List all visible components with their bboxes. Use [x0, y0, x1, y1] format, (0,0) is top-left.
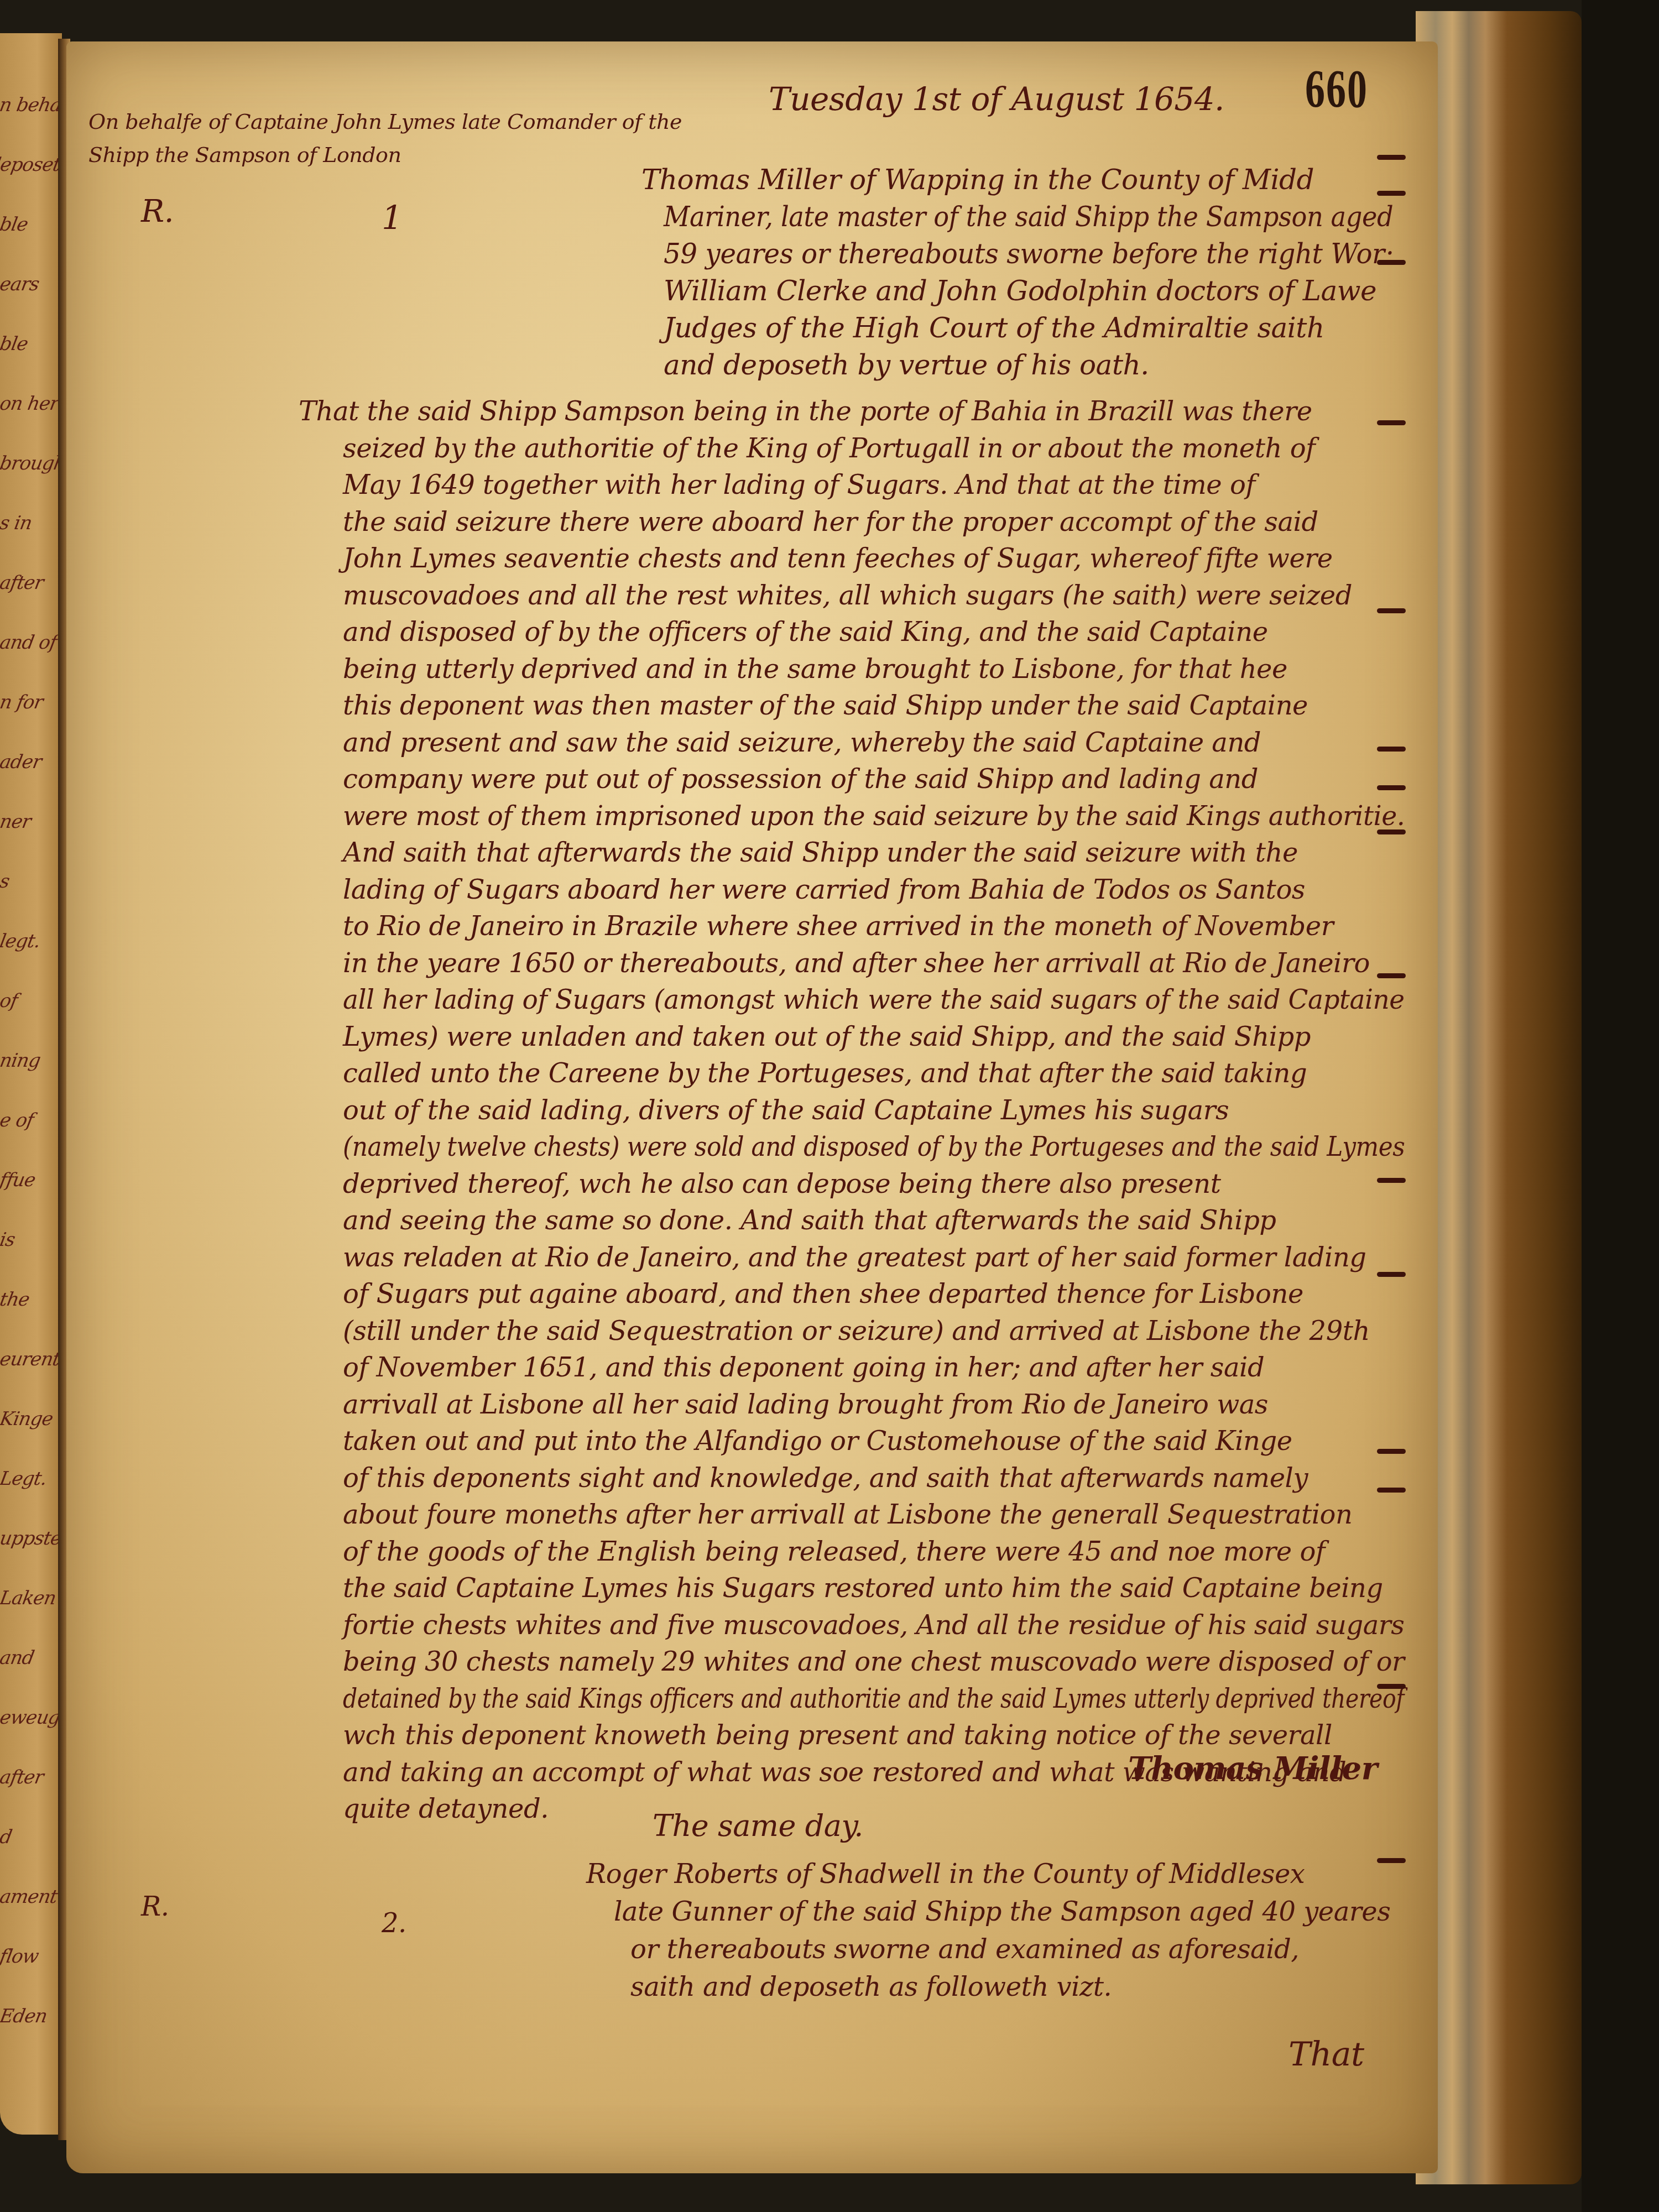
deposition-line: quite detayned. [343, 1796, 549, 1822]
deposition-line: about foure moneths after her arrivall a… [343, 1501, 1352, 1528]
deposition-line: all her lading of Sugars (amongst which … [343, 987, 1405, 1013]
left-page-text-fragment: ears [0, 273, 62, 295]
margin-mark-2: 2. [382, 1908, 406, 1939]
left-page-text-fragment: and [0, 1647, 62, 1669]
deposition-line: were most of them imprisoned upon the sa… [343, 803, 1405, 830]
deposition-line: That the said Shipp Sampson being in the… [299, 398, 1312, 425]
deposition-line: and disposed of by the officers of the s… [343, 619, 1268, 645]
line-end-dash [1377, 1488, 1406, 1493]
left-page-text-fragment: the [0, 1288, 62, 1311]
deposition-line: May 1649 together with her lading of Sug… [343, 472, 1255, 498]
signature-thomas-miller: Thomas Miller [1128, 1750, 1378, 1787]
line-end-dash [1377, 1178, 1406, 1183]
line-end-dash [1377, 1272, 1406, 1277]
deposition-line: lading of Sugars aboard her were carried… [343, 877, 1305, 903]
left-page-text-fragment: on behalfe [0, 94, 58, 116]
deposition-line: fortie chests whites and five muscovadoe… [343, 1612, 1404, 1639]
line-end-dash [1377, 747, 1406, 752]
deposition-line: called unto the Careene by the Portugese… [343, 1060, 1307, 1087]
deposition-line: of November 1651, and this deponent goin… [343, 1354, 1264, 1381]
left-page-text-fragment: ble [0, 213, 62, 236]
margin-mark-1: 1 [382, 199, 403, 238]
intro-line: Mariner, late master of the said Shipp t… [664, 203, 1393, 231]
deposition-line: of Sugars put againe aboard, and then sh… [343, 1281, 1303, 1307]
intro-line: Thomas Miller of Wapping in the County o… [641, 166, 1314, 194]
left-page-text-fragment: s [0, 870, 62, 893]
page-edges-binding [1416, 11, 1582, 2184]
deposition-line: the said Captaine Lymes his Sugars resto… [343, 1575, 1383, 1601]
same-day-heading: The same day. [653, 1811, 863, 1841]
deposition-line: being 30 chests namely 29 whites and one… [343, 1648, 1404, 1675]
left-page-text-fragment: Laken [0, 1587, 62, 1609]
date-heading: Tuesday 1st of August 1654. [769, 83, 1224, 115]
left-facing-page: on behalfedeposethbleearsbleon herebroug… [0, 33, 62, 2135]
deposition-line: being utterly deprived and in the same b… [343, 656, 1287, 682]
deposition-line: seized by the authoritie of the King of … [343, 435, 1315, 462]
left-page-text-fragment: ble [0, 333, 62, 355]
deposition-line: (still under the said Sequestration or s… [343, 1318, 1370, 1344]
line-end-dash [1377, 973, 1406, 978]
intro-line: or thereabouts sworne and examined as af… [630, 1936, 1299, 1963]
deposition-line: Lymes) were unladen and taken out of the… [343, 1024, 1311, 1050]
margin-heading: On behalfe of Captaine John Lymes late C… [88, 105, 697, 171]
margin-mark-r1: R. [141, 194, 174, 229]
left-page-text-fragment: ffue [0, 1169, 62, 1191]
deposition-line: and present and saw the said seizure, wh… [343, 729, 1261, 756]
left-page-text-fragment: is [0, 1229, 62, 1251]
deposition-line: out of the said lading, divers of the sa… [343, 1097, 1229, 1124]
deposition-line: was reladen at Rio de Janeiro, and the g… [343, 1244, 1366, 1271]
intro-line: late Gunner of the said Shipp the Sampso… [614, 1898, 1390, 1925]
line-end-dash [1377, 420, 1406, 425]
deposition-line: of this deponents sight and knowledge, a… [343, 1465, 1308, 1491]
left-page-text-fragment: n for [0, 691, 62, 713]
left-page-text-fragment: s in [0, 512, 62, 534]
left-page-text-fragment: Kinge [0, 1408, 62, 1430]
intro-line: Roger Roberts of Shadwell in the County … [586, 1861, 1305, 1887]
deposition-line: to Rio de Janeiro in Brazile where shee … [343, 913, 1333, 940]
left-page-text-fragment: ader [0, 751, 62, 773]
left-page-text-fragment: d [0, 1826, 62, 1848]
deposition-line: company were put out of possession of th… [343, 766, 1258, 792]
background-shadow [1582, 0, 1659, 2212]
intro-line: and deposeth by vertue of his oath. [664, 351, 1149, 379]
left-page-text-fragment: brought [0, 452, 62, 474]
deposition-line: deprived thereof, wch he also can depose… [343, 1171, 1220, 1197]
margin-mark-r2: R. [141, 1891, 169, 1922]
line-end-dash [1377, 1858, 1406, 1863]
line-end-dash [1377, 260, 1406, 265]
deposition-line: the said seizure there were aboard her f… [343, 509, 1318, 535]
left-page-text-fragment: eurent [0, 1348, 62, 1370]
deposition-line: taken out and put into the Alfandigo or … [343, 1428, 1292, 1454]
left-page-text-fragment: flow [0, 1945, 62, 1968]
left-page-text-fragment: Legt. [0, 1468, 62, 1490]
deposition-line: (namely twelve chests) were sold and dis… [343, 1134, 1405, 1160]
left-page-text-fragment: Eden [0, 2005, 62, 2027]
left-page-text-fragment: after [0, 1766, 62, 1788]
line-end-dash [1377, 191, 1406, 196]
deposition-line: arrivall at Lisbone all her said lading … [343, 1391, 1268, 1418]
left-page-text-fragment: e of [0, 1109, 62, 1131]
catchword: That [1288, 2035, 1364, 2074]
deposition-line: detained by the said Kings officers and … [343, 1686, 1404, 1712]
line-end-dash [1377, 1449, 1406, 1454]
line-end-dash [1377, 155, 1406, 160]
left-page-text-fragment: legt. [0, 930, 62, 952]
deposition-line: wch this deponent knoweth being present … [343, 1722, 1332, 1749]
left-page-text-fragment: uppsten [0, 1527, 62, 1550]
intro-line: saith and deposeth as followeth vizt. [630, 1974, 1112, 2000]
left-page-text-fragment: on here [0, 393, 62, 415]
left-page-text-fragment: eweugh [0, 1707, 62, 1729]
line-end-dash [1377, 1684, 1406, 1689]
deposition-line: and seeing the same so done. And saith t… [343, 1207, 1276, 1234]
left-page-text-fragment: ning [0, 1050, 62, 1072]
intro-line: Judges of the High Court of the Admiralt… [664, 314, 1324, 342]
left-page-text-fragment: of [0, 990, 62, 1012]
deposition-line: John Lymes seaventie chests and tenn fee… [343, 545, 1333, 572]
left-page-text-fragment: after [0, 572, 62, 594]
deposition-line: this deponent was then master of the sai… [343, 692, 1308, 719]
line-end-dash [1377, 608, 1406, 613]
deposition-line: in the yeare 1650 or thereabouts, and af… [343, 950, 1370, 977]
deposition-line: muscovadoes and all the rest whites, all… [343, 582, 1352, 609]
intro-line: 59 yeares or thereabouts sworne before t… [664, 240, 1394, 268]
intro-line: William Clerke and John Godolphin doctor… [664, 277, 1376, 305]
deposition-line: of the goods of the English being releas… [343, 1538, 1325, 1565]
left-page-text-fragment: deposeth [0, 154, 58, 176]
deposition-line: And saith that afterwards the said Shipp… [343, 839, 1298, 866]
line-end-dash [1377, 830, 1406, 834]
folio-number: 660 [1305, 58, 1368, 120]
left-page-text-fragment: ament [0, 1886, 62, 1908]
left-page-text-fragment: ner [0, 811, 62, 833]
line-end-dash [1377, 785, 1406, 790]
left-page-text-fragment: and of [0, 632, 62, 654]
